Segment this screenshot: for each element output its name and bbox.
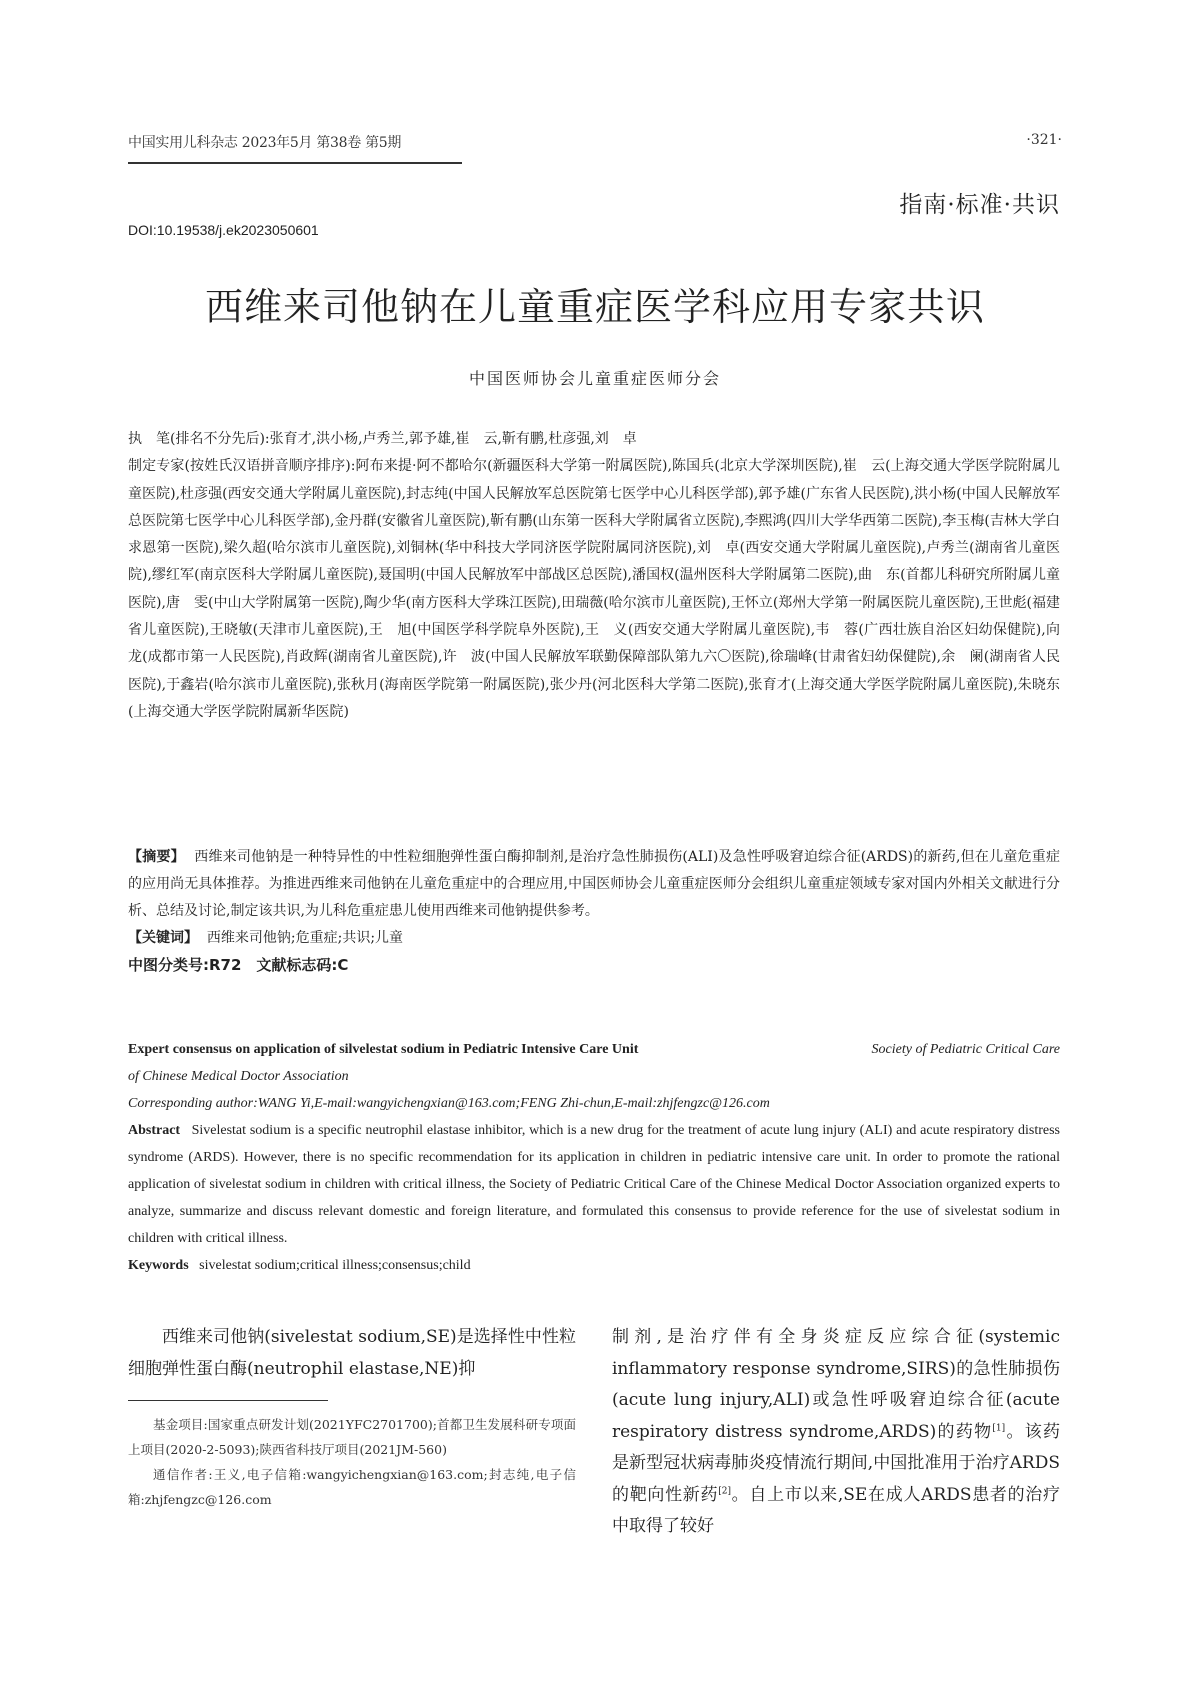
body-paragraph-continued: 制剂,是治疗伴有全身炎症反应综合征(systemic inflammatory … — [612, 1322, 1060, 1543]
english-org-part1: Society of Pediatric Critical Care — [872, 1036, 1060, 1063]
english-abstract: Expert consensus on application of silve… — [128, 1036, 1060, 1279]
body-left-column: 西维来司他钠(sivelestat sodium,SE)是选择性中性粒细胞弹性蛋… — [128, 1322, 576, 1385]
chinese-abstract: 【摘要】 西维来司他钠是一种特异性的中性粒细胞弹性蛋白酶抑制剂,是治疗急性肺损伤… — [128, 844, 1060, 979]
doi: DOI:10.19538/j.ek2023050601 — [128, 222, 319, 238]
english-org-part2: of Chinese Medical Doctor Association — [128, 1063, 1060, 1090]
english-abstract-paragraph: Abstract Sivelestat sodium is a specific… — [128, 1117, 1060, 1252]
english-keywords-text: sivelestat sodium;critical illness;conse… — [199, 1258, 470, 1273]
body-right-column: 制剂,是治疗伴有全身炎症反应综合征(systemic inflammatory … — [612, 1322, 1060, 1543]
section-tag: 指南·标准·共识 — [899, 186, 1060, 219]
english-keywords-line: Keywords sivelestat sodium;critical illn… — [128, 1252, 1060, 1279]
header-rule — [128, 162, 462, 164]
correspondence-note: 通信作者:王义,电子信箱:wangyichengxian@163.com;封志纯… — [128, 1462, 576, 1512]
page-number: ·321· — [1026, 132, 1062, 148]
abstract-text: 西维来司他钠是一种特异性的中性粒细胞弹性蛋白酶抑制剂,是治疗急性肺损伤(ALI)… — [128, 849, 1060, 919]
writers-line: 执 笔(排名不分先后):张育才,洪小杨,卢秀兰,郭予雄,崔 云,靳有鹏,杜彦强,… — [128, 426, 1060, 453]
classification-line: 中图分类号:R72 文献标志码:C — [128, 952, 1060, 979]
journal-header: 中国实用儿科杂志 2023年5月 第38卷 第5期 — [128, 132, 401, 152]
keywords-label: 【关键词】 — [128, 930, 198, 946]
keywords-line: 【关键词】 西维来司他钠;危重症;共识;儿童 — [128, 925, 1060, 952]
footnote-rule — [128, 1400, 328, 1401]
abstract-paragraph: 【摘要】 西维来司他钠是一种特异性的中性粒细胞弹性蛋白酶抑制剂,是治疗急性肺损伤… — [128, 844, 1060, 925]
english-abstract-label: Abstract — [128, 1123, 180, 1138]
english-keywords-label: Keywords — [128, 1258, 189, 1273]
experts-list: 制定专家(按姓氏汉语拼音顺序排序):阿布来提·阿不都哈尔(新疆医科大学第一附属医… — [128, 453, 1060, 726]
author-organization: 中国医师协会儿童重症医师分会 — [0, 366, 1190, 389]
reference-2[interactable]: [2] — [718, 1486, 731, 1496]
article-title: 西维来司他钠在儿童重症医学科应用专家共识 — [0, 276, 1190, 331]
author-list: 执 笔(排名不分先后):张育才,洪小杨,卢秀兰,郭予雄,崔 云,靳有鹏,杜彦强,… — [128, 426, 1060, 726]
english-title: Expert consensus on application of silve… — [128, 1042, 638, 1057]
english-title-line: Expert consensus on application of silve… — [128, 1036, 1060, 1063]
abstract-label: 【摘要】 — [128, 849, 185, 865]
reference-1[interactable]: [1] — [992, 1423, 1005, 1433]
footnotes: 基金项目:国家重点研发计划(2021YFC2701700);首都卫生发展科研专项… — [128, 1412, 576, 1512]
body-paragraph: 西维来司他钠(sivelestat sodium,SE)是选择性中性粒细胞弹性蛋… — [128, 1322, 576, 1385]
keywords-text: 西维来司他钠;危重症;共识;儿童 — [207, 930, 403, 946]
funding-note: 基金项目:国家重点研发计划(2021YFC2701700);首都卫生发展科研专项… — [128, 1412, 576, 1462]
english-abstract-text: Sivelestat sodium is a specific neutroph… — [128, 1123, 1060, 1246]
corresponding-author: Corresponding author:WANG Yi,E-mail:wang… — [128, 1090, 1060, 1117]
